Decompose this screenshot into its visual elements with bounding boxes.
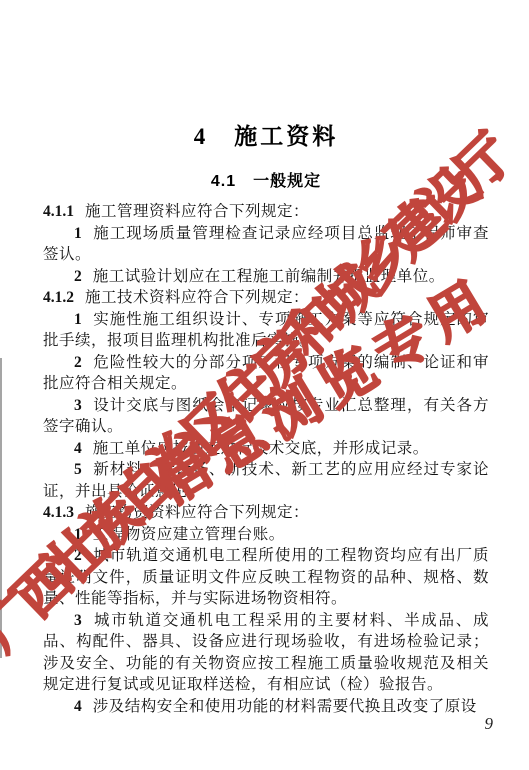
clause-paragraph: 1工程物资应建立管理台账。 <box>43 524 489 546</box>
clause-paragraph: 2危险性较大的分部分项工程专项方案的编制、论证和审批应符合相关规定。 <box>43 352 489 395</box>
clause-number: 3 <box>74 397 82 414</box>
clause-number: 1 <box>74 225 82 242</box>
clause-text: 实施性施工组织设计、专项施工方案等应符合规定的审批手续，报项目监理机构批准后实施… <box>43 311 489 350</box>
clause-text: 工程物资应建立管理台账。 <box>93 526 285 543</box>
clause-number: 4.1.2 <box>43 289 74 306</box>
clause-text: 危险性较大的分部分项工程专项方案的编制、论证和审批应符合相关规定。 <box>43 354 489 393</box>
clause-text: 新材料、新设备、新技术、新工艺的应用应经过专家论证，并出具论证意见。 <box>43 461 489 500</box>
document-page: 4 施工资料 4.1 一般规定 4.1.1施工管理资料应符合下列规定：1施工现场… <box>0 0 529 770</box>
clause-paragraph: 1实施性施工组织设计、专项施工方案等应符合规定的审批手续，报项目监理机构批准后实… <box>43 309 489 352</box>
clause-number: 3 <box>74 612 82 629</box>
clause-text: 施工现场质量管理检查记录应经项目总监理工程师审查签认。 <box>43 225 489 264</box>
page-number: 9 <box>485 714 494 734</box>
clause-paragraph: 5新材料、新设备、新技术、新工艺的应用应经过专家论证，并出具论证意见。 <box>43 459 489 502</box>
clause-number: 5 <box>74 461 82 478</box>
clause-paragraph: 4涉及结构安全和使用功能的材料需要代换且改变了原设 <box>43 696 489 718</box>
document-body: 4.1.1施工管理资料应符合下列规定：1施工现场质量管理检查记录应经项目总监理工… <box>43 201 489 717</box>
clause-paragraph: 4.1.3施工物资资料应符合下列规定： <box>43 502 489 524</box>
clause-number: 4 <box>74 440 82 457</box>
clause-text: 施工管理资料应符合下列规定： <box>85 203 309 220</box>
section-title: 4.1 一般规定 <box>43 168 489 191</box>
clause-paragraph: 1施工现场质量管理检查记录应经项目总监理工程师审查签认。 <box>43 223 489 266</box>
clause-number: 4 <box>74 698 82 715</box>
clause-paragraph: 3城市轨道交通机电工程采用的主要材料、半成品、成品、构配件、器具、设备应进行现场… <box>43 610 489 696</box>
clause-number: 1 <box>74 526 82 543</box>
clause-paragraph: 4.1.1施工管理资料应符合下列规定： <box>43 201 489 223</box>
chapter-title: 4 施工资料 <box>43 118 489 151</box>
clause-paragraph: 3设计交底与图纸会审记录应按专业汇总整理，有关各方签字确认。 <box>43 395 489 438</box>
scan-edge-artifact <box>0 358 2 658</box>
clause-number: 4.1.1 <box>43 203 74 220</box>
clause-paragraph: 4.1.2施工技术资料应符合下列规定： <box>43 287 489 309</box>
clause-text: 施工技术资料应符合下列规定： <box>85 289 309 306</box>
clause-number: 2 <box>74 268 82 285</box>
clause-text: 施工物资资料应符合下列规定： <box>85 504 309 521</box>
clause-text: 设计交底与图纸会审记录应按专业汇总整理，有关各方签字确认。 <box>43 397 489 436</box>
clause-text: 城市轨道交通机电工程采用的主要材料、半成品、成品、构配件、器具、设备应进行现场验… <box>43 612 489 694</box>
clause-number: 2 <box>74 547 82 564</box>
clause-number: 4.1.3 <box>43 504 74 521</box>
clause-number: 1 <box>74 311 82 328</box>
clause-paragraph: 2城市轨道交通机电工程所使用的工程物资均应有出厂质量证明文件，质量证明文件应反映… <box>43 545 489 610</box>
clause-number: 2 <box>74 354 82 371</box>
clause-text: 施工单位应按规定进行技术交底，并形成记录。 <box>93 440 429 457</box>
clause-text: 城市轨道交通机电工程所使用的工程物资均应有出厂质量证明文件，质量证明文件应反映工… <box>43 547 489 607</box>
clause-text: 施工试验计划应在工程施工前编制并报监理单位。 <box>93 268 445 285</box>
clause-paragraph: 4施工单位应按规定进行技术交底，并形成记录。 <box>43 438 489 460</box>
clause-paragraph: 2施工试验计划应在工程施工前编制并报监理单位。 <box>43 266 489 288</box>
clause-text: 涉及结构安全和使用功能的材料需要代换且改变了原设 <box>93 698 477 715</box>
